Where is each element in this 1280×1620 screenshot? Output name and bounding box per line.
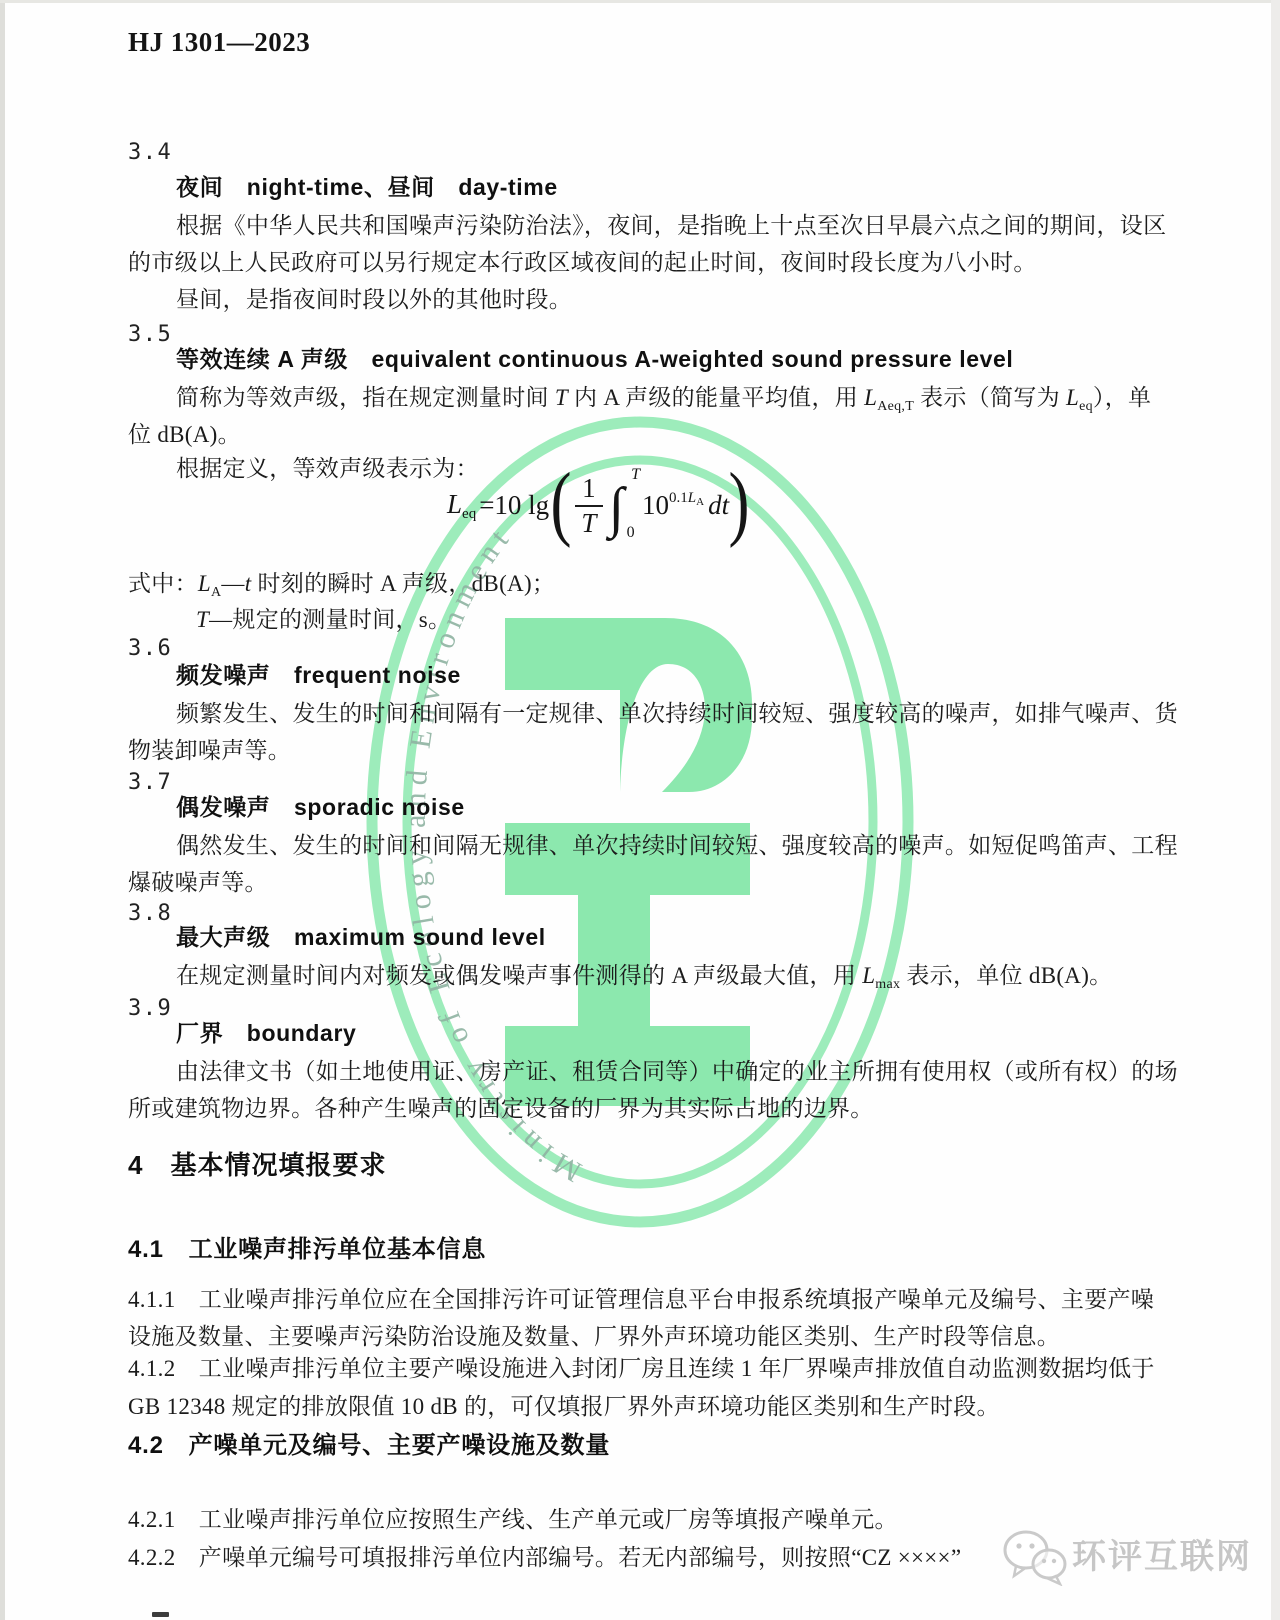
paragraph-line: 物装卸噪声等。 xyxy=(128,737,291,766)
paragraph-line: 设施及数量、主要噪声污染防治设施及数量、厂界外声环境功能区类别、生产时段等信息。 xyxy=(128,1323,1060,1352)
paragraph-line: 简称为等效声级，指在规定测量时间 T 内 A 声级的能量平均值，用 LAeq,T… xyxy=(176,384,1151,416)
section-number: 3.8 xyxy=(128,901,172,927)
chapter-heading: 4 基本情况填报要求 xyxy=(128,1150,386,1181)
corner-watermark: 环评互联网 xyxy=(1002,1528,1252,1586)
formula-lhs: Leq xyxy=(447,489,476,523)
cutoff-text-fragment xyxy=(152,1612,169,1617)
section-number: 3.7 xyxy=(128,770,172,796)
integral: ∫ T 0 xyxy=(609,478,638,534)
paragraph-line: 4.2.1 工业噪声排污单位应按照生产线、生产单元或厂房等填报产噪单元。 xyxy=(128,1506,898,1535)
formula-leq: Leq =10 lg ( 1 T ∫ T 0 100.1LA dt ) xyxy=(447,468,749,544)
paragraph-line: 4.1.2 工业噪声排污单位主要产噪设施进入封闭厂房且连续 1 年厂界噪声排放值… xyxy=(128,1355,1155,1384)
document-page: Ministry of Ecology and Environment HJ 1… xyxy=(0,0,1280,1620)
paragraph-line: 4.1.1 工业噪声排污单位应在全国排污许可证管理信息平台申报系统填报产噪单元及… xyxy=(128,1286,1154,1315)
paragraph-line: 根据定义，等效声级表示为： xyxy=(176,455,479,484)
paragraph-line: 4.2.2 产噪单元编号可填报排污单位内部编号。若无内部编号，则按照“CZ ××… xyxy=(128,1544,961,1573)
paragraph-line: 所或建筑物边界。各种产生噪声的固定设备的厂界为其实际占地的边界。 xyxy=(128,1095,874,1124)
term-heading: 夜间 night-time、昼间 day-time xyxy=(176,174,558,202)
paragraph-line: 爆破噪声等。 xyxy=(128,869,268,898)
term-heading: 频发噪声 frequent noise xyxy=(176,662,461,690)
section-number: 3.6 xyxy=(128,636,172,662)
wechat-icon xyxy=(1002,1528,1068,1586)
fraction-1-over-T: 1 T xyxy=(575,475,603,537)
subsection-heading: 4.1 工业噪声排污单位基本信息 xyxy=(128,1236,486,1265)
paragraph-line: GB 12348 规定的排放限值 10 dB 的，可仅填报厂界外声环境功能区类别… xyxy=(128,1393,1000,1422)
section-number: 3.5 xyxy=(128,322,172,348)
term-heading: 等效连续 A 声级 equivalent continuous A-weight… xyxy=(176,346,1013,374)
section-number: 3.4 xyxy=(128,140,172,166)
paragraph-line: 昼间，是指夜间时段以外的其他时段。 xyxy=(176,286,572,315)
document-content: HJ 1301—2023 3.4 夜间 night-time、昼间 day-ti… xyxy=(0,0,1280,1620)
term-heading: 厂界 boundary xyxy=(176,1020,356,1048)
term-heading: 偶发噪声 sporadic noise xyxy=(176,794,465,822)
term-heading: 最大声级 maximum sound level xyxy=(176,924,546,952)
left-paren: ( xyxy=(551,465,572,541)
standard-number-header: HJ 1301—2023 xyxy=(128,26,310,58)
corner-watermark-text: 环评互联网 xyxy=(1072,1540,1252,1574)
paragraph-line: 由法律文书（如土地使用证、房产证、租赁合同等）中确定的业主所拥有使用权（或所有权… xyxy=(176,1058,1178,1087)
paragraph-line: 在规定测量时间内对频发或偶发噪声事件测得的 A 声级最大值，用 Lmax 表示，… xyxy=(176,962,1112,994)
power-term: 100.1LA xyxy=(642,490,704,521)
paragraph-line: 根据《中华人民共和国噪声污染防治法》，夜间，是指晚上十点至次日早晨六点之间的期间… xyxy=(176,212,1166,241)
paragraph-line: 位 dB(A)。 xyxy=(128,421,241,450)
paragraph-line: 偶然发生、发生的时间和间隔无规律、单次持续时间较短、强度较高的噪声。如短促鸣笛声… xyxy=(176,832,1178,861)
subsection-heading: 4.2 产噪单元及编号、主要产噪设施及数量 xyxy=(128,1432,610,1461)
right-paren: ) xyxy=(729,465,750,541)
formula-legend-line: 式中：LA—t 时刻的瞬时 A 声级，dB(A)； xyxy=(128,570,555,602)
formula-legend-line: T—规定的测量时间，s。 xyxy=(196,606,451,635)
paragraph-line: 的市级以上人民政府可以另行规定本行政区域夜间的起止时间，夜间时段长度为八小时。 xyxy=(128,249,1037,278)
section-number: 3.9 xyxy=(128,996,172,1022)
paragraph-line: 频繁发生、发生的时间和间隔有一定规律、单次持续时间较短、强度较高的噪声，如排气噪… xyxy=(176,700,1178,729)
